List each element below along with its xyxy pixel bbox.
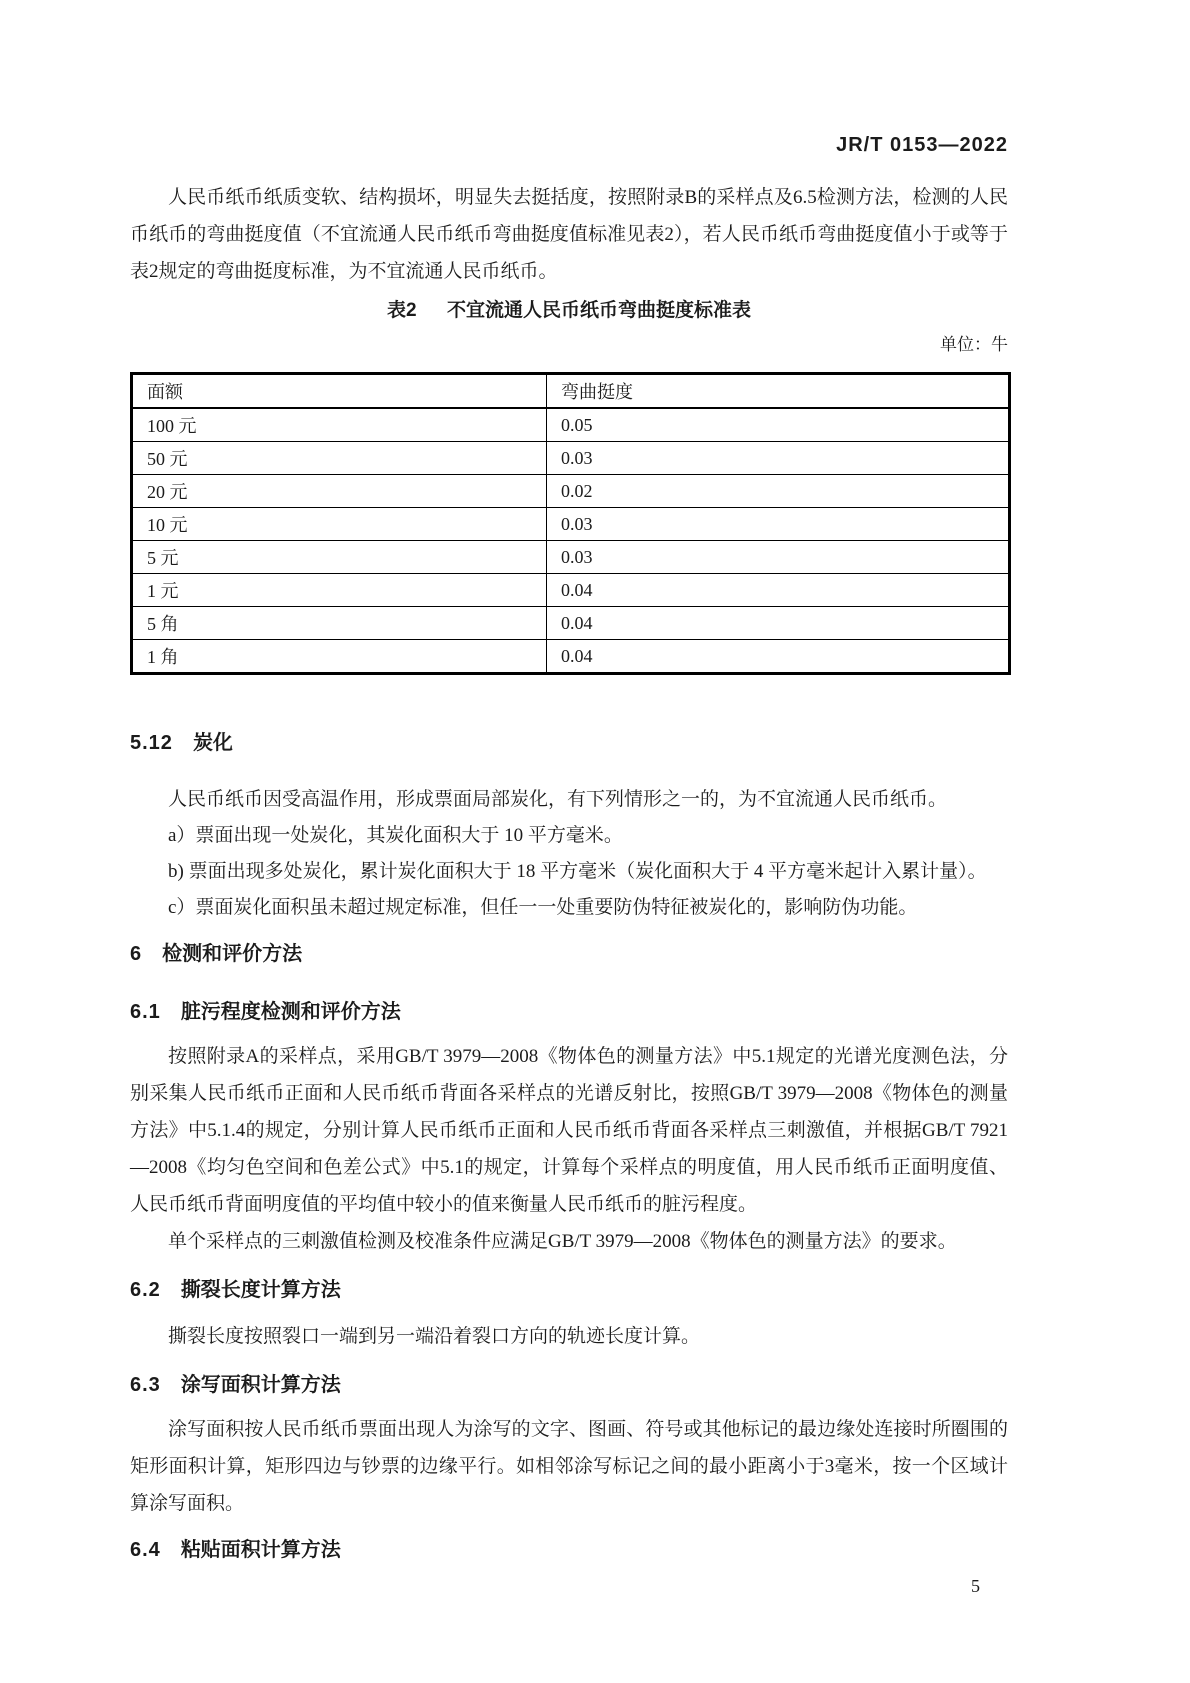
section-heading-6: 6检测和评价方法: [130, 942, 1008, 966]
table-caption-title: 不宜流通人民币纸币弯曲挺度标准表: [447, 300, 751, 321]
section-heading-5-12: 5.12炭化: [130, 731, 1008, 755]
section-6-2-paragraph: 撕裂长度按照裂口一端到另一端沿着裂口方向的轨迹长度计算。: [130, 1318, 1008, 1355]
page-number: 5: [130, 1576, 1008, 1597]
section-number: 6.3: [130, 1374, 161, 1396]
table-header-row: 面额 弯曲挺度: [132, 374, 1010, 409]
table-row: 1 元 0.04: [132, 574, 1010, 607]
stiffness-standard-table: 面额 弯曲挺度 100 元 0.05 50 元 0.03 20 元 0.02: [130, 372, 1011, 675]
cell-denomination: 5 角: [132, 607, 547, 640]
section-heading-6-4: 6.4粘贴面积计算方法: [130, 1538, 1008, 1562]
section-title: 炭化: [193, 732, 233, 754]
standard-number-header: JR/T 0153—2022: [130, 0, 1008, 157]
section-number: 6.1: [130, 1001, 161, 1023]
cell-denomination: 10 元: [132, 508, 547, 541]
cell-stiffness: 0.05: [547, 408, 1010, 442]
section-6-3-paragraph: 涂写面积按人民币纸币票面出现人为涂写的文字、图画、符号或其他标记的最边缘处连接时…: [130, 1411, 1008, 1522]
section-heading-6-3: 6.3涂写面积计算方法: [130, 1373, 1008, 1397]
section-heading-6-1: 6.1脏污程度检测和评价方法: [130, 1000, 1008, 1024]
section-title: 撕裂长度计算方法: [181, 1279, 341, 1301]
table-row: 5 元 0.03: [132, 541, 1010, 574]
cell-denomination: 5 元: [132, 541, 547, 574]
list-item-c: c）票面炭化面积虽未超过规定标准，但任一一处重要防伪特征被炭化的，影响防伪功能。: [130, 890, 1008, 926]
cell-denomination: 1 角: [132, 640, 547, 674]
table-row: 10 元 0.03: [132, 508, 1010, 541]
table-row: 1 角 0.04: [132, 640, 1010, 674]
table-row: 20 元 0.02: [132, 475, 1010, 508]
section-6-1-paragraph-1: 按照附录A的采样点，采用GB/T 3979—2008《物体色的测量方法》中5.1…: [130, 1038, 1008, 1223]
section-title: 检测和评价方法: [162, 943, 302, 965]
section-number: 6.2: [130, 1279, 161, 1301]
page-content: JR/T 0153—2022 人民币纸币纸质变软、结构损坏，明显失去挺括度，按照…: [0, 0, 1190, 1597]
table-caption-label: 表2: [387, 300, 417, 321]
cell-stiffness: 0.03: [547, 442, 1010, 475]
cell-stiffness: 0.03: [547, 508, 1010, 541]
cell-stiffness: 0.04: [547, 640, 1010, 674]
section-heading-6-2: 6.2撕裂长度计算方法: [130, 1278, 1008, 1302]
cell-stiffness: 0.02: [547, 475, 1010, 508]
column-header-stiffness: 弯曲挺度: [547, 374, 1010, 409]
section-title: 涂写面积计算方法: [181, 1374, 341, 1396]
cell-denomination: 20 元: [132, 475, 547, 508]
table-row: 5 角 0.04: [132, 607, 1010, 640]
section-number: 6: [130, 943, 142, 965]
cell-denomination: 1 元: [132, 574, 547, 607]
document-page: JR/T 0153—2022 人民币纸币纸质变软、结构损坏，明显失去挺括度，按照…: [0, 0, 1190, 1683]
cell-stiffness: 0.04: [547, 607, 1010, 640]
section-title: 粘贴面积计算方法: [181, 1539, 341, 1561]
cell-stiffness: 0.03: [547, 541, 1010, 574]
intro-paragraph: 人民币纸币纸质变软、结构损坏，明显失去挺括度，按照附录B的采样点及6.5检测方法…: [130, 179, 1008, 290]
table-row: 50 元 0.03: [132, 442, 1010, 475]
section-number: 5.12: [130, 732, 173, 754]
cell-stiffness: 0.04: [547, 574, 1010, 607]
table-caption: 表2不宜流通人民币纸币弯曲挺度标准表: [130, 298, 1008, 324]
section-title: 脏污程度检测和评价方法: [181, 1001, 401, 1023]
section-6-1-paragraph-2: 单个采样点的三刺激值检测及校准条件应满足GB/T 3979—2008《物体色的测…: [130, 1223, 1008, 1260]
list-item-a: a）票面出现一处炭化，其炭化面积大于 10 平方毫米。: [130, 818, 1008, 854]
unit-note: 单位：牛: [130, 334, 1008, 356]
section-number: 6.4: [130, 1539, 161, 1561]
section-5-12-paragraph: 人民币纸币因受高温作用，形成票面局部炭化，有下列情形之一的，为不宜流通人民币纸币…: [130, 781, 1008, 818]
column-header-denomination: 面额: [132, 374, 547, 409]
table-row: 100 元 0.05: [132, 408, 1010, 442]
cell-denomination: 100 元: [132, 408, 547, 442]
list-item-b: b) 票面出现多处炭化，累计炭化面积大于 18 平方毫米（炭化面积大于 4 平方…: [130, 854, 1008, 890]
cell-denomination: 50 元: [132, 442, 547, 475]
